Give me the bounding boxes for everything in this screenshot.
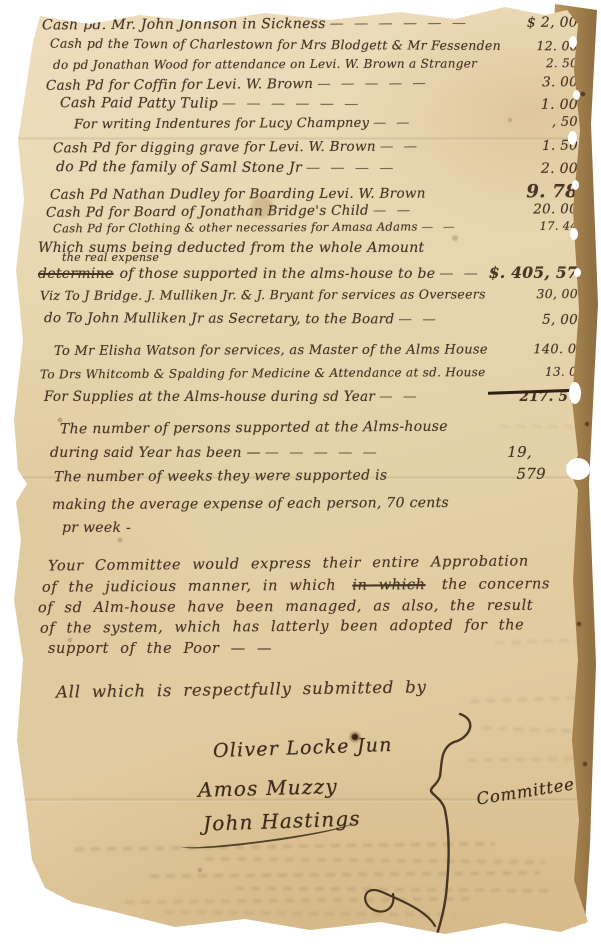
entry-text: Cash Pd for Board of Jonathan Bridge's C… [46, 203, 369, 221]
dash-leader: — — [394, 311, 538, 328]
dash-leader: — — [369, 201, 529, 218]
entry-amount: 3. 00 [542, 74, 578, 90]
ledger-row: do pd Jonathan Wood for attendance on Le… [53, 56, 578, 72]
entry-text: do pd Jonathan Wood for attendance on Le… [53, 56, 477, 71]
ledger-row: Cash Pd for Board of Jonathan Bridge's C… [46, 201, 578, 221]
manuscript-page: Cash pd. Mr. John Johnson in Sickness — … [0, 0, 601, 950]
stats-line: making the average expense of each perso… [52, 495, 449, 513]
stitch-hole [574, 268, 581, 277]
entry-text: Viz To J Bridge. J. Mulliken Jr. & J. Br… [40, 286, 486, 303]
stitch-hole [568, 131, 577, 145]
stats-text: during said Year has been — [50, 445, 261, 461]
entry-amount: 9. 78 [526, 181, 578, 202]
entry-amount: 1. 00 [541, 97, 578, 113]
stitch-hole [573, 90, 580, 100]
stitch-hole [569, 36, 577, 48]
total-amount: $. 405, 57 [489, 263, 578, 282]
stats-row: The number of weeks they were supported … [54, 465, 546, 486]
stitch-hole [572, 180, 579, 190]
submission-line: All which is respectfully submitted by [56, 677, 427, 701]
bleedthrough-line [500, 425, 575, 428]
entry-text: Cash pd the Town of Charlestown for Mrs … [50, 36, 501, 53]
dash-leader: — — [435, 266, 484, 282]
disbursement-row: To Mr Elisha Watson for services, as Mas… [54, 342, 585, 359]
closing-line: of the judicious manner, in which in whi… [42, 576, 550, 596]
stats-line: The number of persons supported at the A… [60, 419, 448, 438]
entry-text: do To John Mulliken Jr as Secretary, to … [44, 310, 394, 327]
entry-text: To Drs Whitcomb & Spalding for Medicine … [40, 365, 486, 381]
ledger-row: do Pd the family of Saml Stone Jr — — — … [56, 159, 578, 177]
signature: Amos Muzzy [198, 774, 338, 802]
dash-leader: — — — — [302, 160, 537, 177]
ledger-row: Cash Pd for Clothing & other necessaries… [53, 219, 578, 236]
entry-amount: , 50 [552, 115, 578, 130]
committee-label: Committee [475, 774, 576, 808]
closing-text: of the judicious manner, in which [42, 578, 336, 596]
scanned-document: Cash pd. Mr. John Johnson in Sickness — … [0, 0, 601, 950]
stats-value: 579 [516, 465, 546, 483]
ledger-row: Cash Pd for digging grave for Levi. W. B… [53, 138, 578, 157]
ledger-row: Cash pd the Town of Charlestown for Mrs … [50, 36, 578, 54]
summary-text: of those supported in the alms-house to … [120, 266, 436, 282]
entry-amount: 30, 00 [536, 286, 578, 301]
closing-line: of sd Alm-house have been managed, as al… [38, 598, 533, 617]
dash-leader [387, 479, 512, 480]
ledger-row: For writing Indentures for Lucy Champney… [74, 115, 578, 133]
struck-word: determine [38, 266, 114, 282]
bleedthrough-line [482, 726, 577, 732]
disbursement-row: Viz To J Bridge. J. Mulliken Jr. & J. Br… [40, 286, 578, 303]
entry-amount: 20. 00 [533, 201, 578, 217]
stitch-hole [569, 382, 581, 404]
struck-phrase: in which [352, 577, 425, 594]
bleedthrough-line [470, 696, 580, 703]
entry-text: To Mr Elisha Watson for services, as Mas… [54, 342, 488, 359]
torn-notch [566, 458, 590, 480]
disbursement-row: do To John Mulliken Jr as Secretary, to … [44, 310, 578, 328]
entry-amount: 2. 00 [541, 161, 578, 177]
entry-text: Cash pd. Mr. John Johnson in Sickness [42, 16, 326, 33]
dash-leader: — — [418, 219, 536, 234]
entry-text: do Pd the family of Saml Stone Jr [56, 159, 302, 176]
entry-text: Cash Pd for Clothing & other necessaries… [53, 219, 418, 235]
torn-notch [8, 474, 22, 494]
stats-row: during said Year has been — — — — — — 19… [50, 443, 532, 461]
committee-brace [338, 704, 478, 950]
dash-leader: — — [369, 115, 548, 131]
bleedthrough-line [468, 757, 576, 762]
dash-leader: — — — — — [313, 74, 538, 92]
dash-leader: — — — — — — [326, 15, 523, 32]
entry-amount: 5, 00 [542, 312, 578, 328]
entry-text: Cash Paid Patty Tulip [60, 95, 218, 112]
entry-text: Cash Pd for digging grave for Levi. W. B… [53, 139, 376, 157]
ledger-row: Cash Paid Patty Tulip — — — — — — 1. 00 [60, 95, 578, 113]
ledger-row: Cash Pd for Coffin for Levi. W. Brown — … [46, 74, 578, 94]
entry-text: Cash Pd Nathan Dudley for Boarding Levi.… [50, 186, 426, 203]
disbursement-row: To Drs Whitcomb & Spalding for Medicine … [40, 365, 585, 382]
stitch-hole [570, 228, 578, 240]
entry-amount: $ 2, 00 [527, 15, 578, 31]
stats-line: pr week - [62, 520, 131, 536]
entry-text: For Supplies at the Alms-house during sd… [44, 389, 375, 405]
ledger-row: Cash Pd Nathan Dudley for Boarding Levi.… [50, 181, 578, 204]
closing-text: the concerns [442, 576, 550, 593]
summary-total-row: determine of those supported in the alms… [38, 263, 578, 282]
closing-line: Your Committee would express their entir… [48, 553, 529, 574]
entry-text: For writing Indentures for Lucy Champney [74, 116, 369, 133]
ledger-row: Cash pd. Mr. John Johnson in Sickness — … [42, 15, 578, 34]
stats-value: 19, [507, 443, 532, 461]
dash-leader: — — — — — — [218, 96, 537, 113]
stats-text: The number of weeks they were supported … [54, 468, 387, 486]
bleedthrough-line [495, 639, 580, 645]
entry-amount: 2. 50 [546, 56, 578, 70]
dash-leader: — — — — — [261, 445, 503, 461]
closing-line: of the system, which has latterly been a… [40, 617, 524, 636]
dash-leader: — — [376, 138, 538, 155]
entry-text: Cash Pd for Coffin for Levi. W. Brown [46, 76, 313, 94]
closing-line: support of the Poor — — [48, 641, 272, 657]
